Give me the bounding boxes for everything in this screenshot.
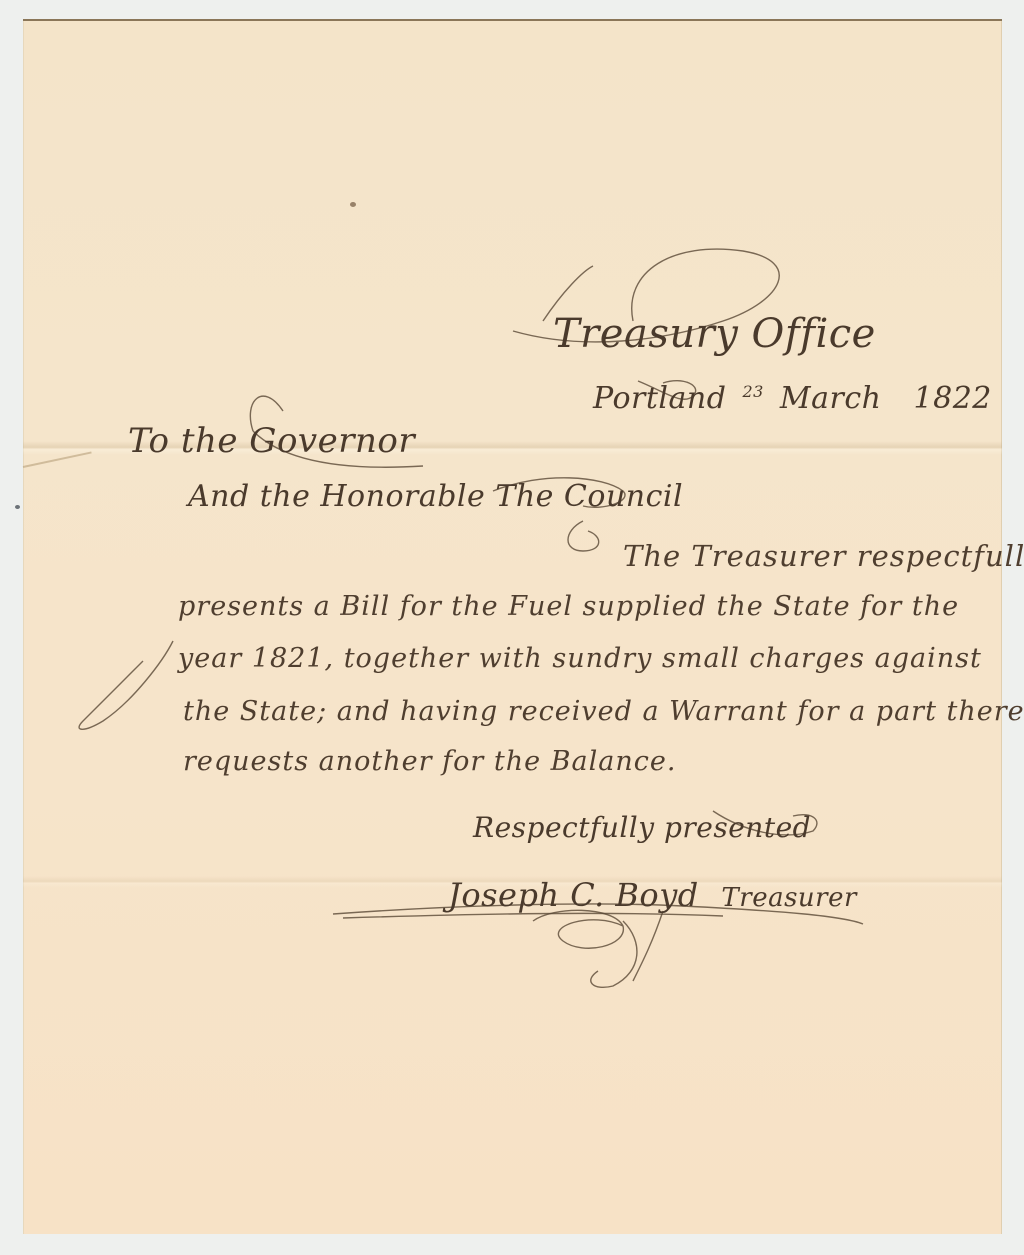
body-line: presents a Bill for the Fuel supplied th… [178, 591, 959, 622]
heading-place: Portland [593, 381, 726, 416]
body-line: The Treasurer respectfully [623, 539, 1024, 573]
pen-flourishes [23, 21, 1002, 1234]
body-line: requests another for the Balance. [183, 746, 676, 777]
heading-office: Treasury Office [553, 311, 876, 357]
body-line: year 1821, together with sundry small ch… [178, 643, 982, 674]
paper-sheet: Treasury Office Portland 23 March 1822 T… [23, 19, 1002, 1234]
salutation-governor: To the Governor [128, 421, 415, 461]
heading-month: March [780, 381, 882, 416]
margin-mark [15, 505, 20, 509]
heading-date: Portland 23 March 1822 [593, 381, 992, 416]
heading-year: 1822 [914, 381, 992, 416]
scanned-document: Treasury Office Portland 23 March 1822 T… [0, 0, 1024, 1255]
heading-day: 23 [742, 382, 763, 401]
closing-line: Respectfully presented [473, 811, 811, 844]
signature-name: Joseph C. Boyd [448, 876, 699, 914]
ink-speck [350, 202, 356, 207]
body-line: the State; and having received a Warrant… [183, 696, 1024, 727]
signature-title: Treasurer [721, 883, 857, 913]
salutation-council: And the Honorable The Council [188, 479, 683, 514]
signature: Joseph C. Boyd Treasurer [448, 876, 857, 914]
